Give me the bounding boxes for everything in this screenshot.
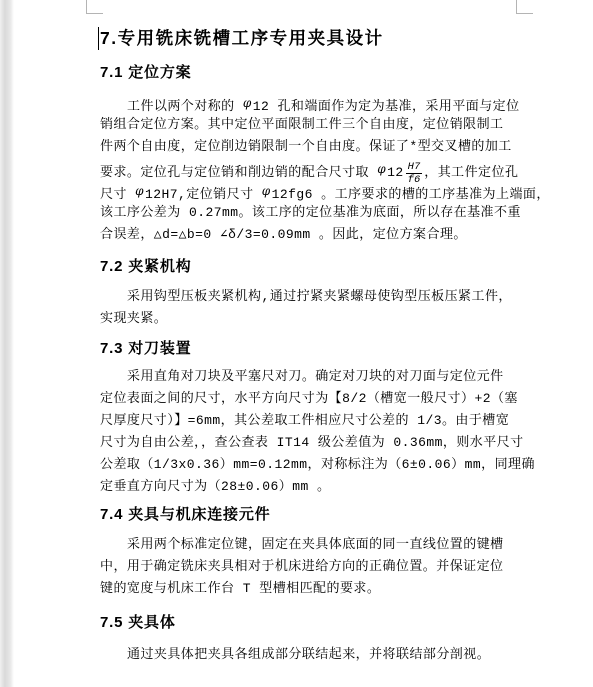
paragraph-line[interactable]: 尺寸为自由公差，，查公查表 IT14 级公差值为 0.36mm，则水平尺寸 [100,432,520,454]
section-heading-7-4[interactable]: 7.4 夹具与机床连接元件 [100,506,520,524]
document-page[interactable]: 7.专用铣床铣槽工序专用夹具设计 7.1 定位方案 工件以两个对称的 φ12 孔… [100,26,520,666]
section-7-2: 7.2 夹紧机构 采用钩型压板夹紧机构,通过拧紧夹紧螺母使钩型压板压紧工件， 实… [100,258,520,330]
paragraph-line[interactable]: 实现夹紧。 [100,308,520,330]
paragraph-line[interactable]: 该工序公差为 0.27mm。该工序的定位基准为底面，所以存在基准不重 [100,202,520,224]
document-title[interactable]: 7.专用铣床铣槽工序专用夹具设计 [100,26,520,50]
phi-diameter-symbol: φ [135,184,144,198]
text-cursor [98,27,99,50]
paragraph-line[interactable]: 尺寸 φ12H7,定位销尺寸 φ12fg6 。工序要求的槽的工序基准为上端面， [100,180,520,202]
paragraph-line[interactable]: 中，用于确定铣床夹具相对于机床进给方向的正确位置。并保证定位 [100,556,520,578]
paragraph-7-1: 工件以两个对称的 φ12 孔和端面作为定为基准，采用平面与定位 销组合定位方案。… [100,92,520,246]
page-margin-strip [0,0,14,687]
section-heading-7-5[interactable]: 7.5 夹具体 [100,614,520,632]
paragraph-7-5: 通过夹具体把夹具各组成部分联结起来，并将联结部分剖视。 [100,644,520,666]
paragraph-line[interactable]: 定位表面之间的尺寸，水平方向尺寸为【8/2（槽宽一般尺寸）+2（塞 [100,388,520,410]
paragraph-line[interactable]: 销组合定位方案。其中定位平面限制工件三个自由度，定位销限制工 [100,114,520,136]
paragraph-line[interactable]: 定垂直方向尺寸为（28±0.06）mm 。 [100,476,520,498]
phi-diameter-symbol: φ [243,96,252,110]
section-heading-7-1[interactable]: 7.1 定位方案 [100,64,520,82]
section-heading-7-2[interactable]: 7.2 夹紧机构 [100,258,520,276]
paragraph-line[interactable]: 件两个自由度，定位削边销限制一个自由度。保证了*型交叉槽的加工 [100,136,520,158]
section-7-5: 7.5 夹具体 通过夹具体把夹具各组成部分联结起来，并将联结部分剖视。 [100,614,520,666]
crop-mark-left [86,0,103,14]
paragraph-line[interactable]: 要求。定位孔与定位销和削边销的配合尺寸取 φ12H7f6，其工件定位孔 [100,158,520,180]
crop-mark-right [516,0,533,14]
paragraph-7-4: 采用两个标准定位键，固定在夹具体底面的同一直线位置的键槽 中，用于确定铣床夹具相… [100,534,520,600]
phi-diameter-symbol: φ [377,162,386,176]
paragraph-line[interactable]: 尺厚度尺寸）】=6mm，其公差取工件相应尺寸公差的 1/3。由于槽宽 [100,410,520,432]
paragraph-line[interactable]: 合误差，△d=△b=0 ∠δ/3=0.09mm 。因此，定位方案合理。 [100,224,520,246]
section-heading-7-3[interactable]: 7.3 对刀装置 [100,340,520,358]
section-7-3: 7.3 对刀装置 采用直角对刀块及平塞尺对刀。确定对刀块的对刀面与定位元件 定位… [100,340,520,498]
paragraph-7-2: 采用钩型压板夹紧机构,通过拧紧夹紧螺母使钩型压板压紧工件， 实现夹紧。 [100,286,520,330]
section-7-4: 7.4 夹具与机床连接元件 采用两个标准定位键，固定在夹具体底面的同一直线位置的… [100,506,520,600]
paragraph-line[interactable]: 采用两个标准定位键，固定在夹具体底面的同一直线位置的键槽 [100,534,520,556]
paragraph-line[interactable]: 公差取（1/3x0.36）mm=0.12mm，对称标注为（6±0.06）mm，同… [100,454,520,476]
paragraph-7-3: 采用直角对刀块及平塞尺对刀。确定对刀块的对刀面与定位元件 定位表面之间的尺寸，水… [100,366,520,498]
paragraph-line[interactable]: 通过夹具体把夹具各组成部分联结起来，并将联结部分剖视。 [100,644,520,666]
section-7-1: 7.1 定位方案 工件以两个对称的 φ12 孔和端面作为定为基准，采用平面与定位… [100,64,520,246]
paragraph-line[interactable]: 采用钩型压板夹紧机构,通过拧紧夹紧螺母使钩型压板压紧工件， [100,286,520,308]
phi-diameter-symbol: φ [262,184,271,198]
paragraph-line[interactable]: 工件以两个对称的 φ12 孔和端面作为定为基准，采用平面与定位 [100,92,520,114]
paragraph-line[interactable]: 采用直角对刀块及平塞尺对刀。确定对刀块的对刀面与定位元件 [100,366,520,388]
paragraph-line[interactable]: 键的宽度与机床工作台 T 型槽相匹配的要求。 [100,578,520,600]
